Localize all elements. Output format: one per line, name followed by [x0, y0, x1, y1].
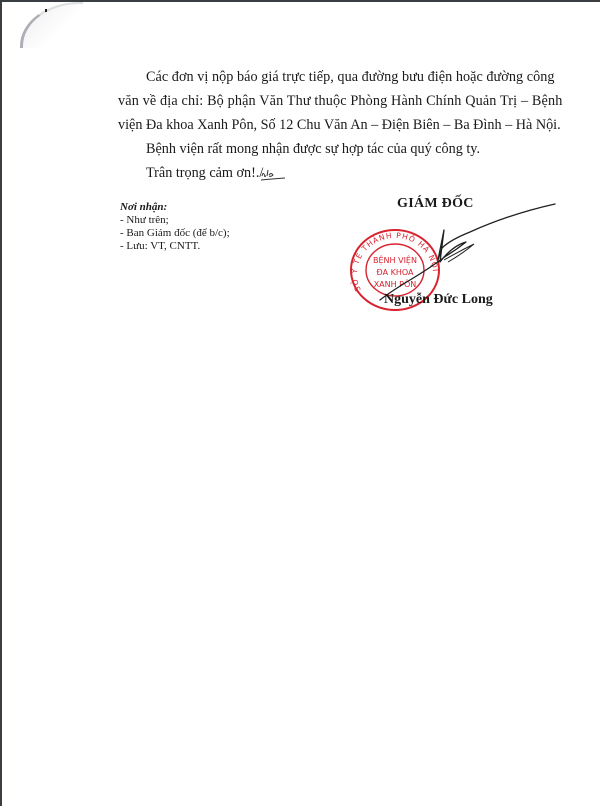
scan-speck [45, 9, 47, 12]
viewer-frame-top-border [0, 0, 600, 2]
recipients-list: Nơi nhận: - Như trên; - Ban Giám đốc (để… [120, 201, 230, 253]
body-paragraph-1-line-1: Các đơn vị nộp báo giá trực tiếp, qua đư… [146, 65, 555, 89]
body-paragraph-1-line-2: văn về địa chỉ: Bộ phận Văn Thư thuộc Ph… [118, 89, 562, 113]
closing-line: Trân trọng cảm ơn!./. [146, 161, 267, 185]
recipient-item: - Như trên; [120, 214, 230, 227]
recipient-item: - Lưu: VT, CNTT. [120, 240, 230, 253]
handwritten-initials-icon [259, 167, 287, 183]
signer-name: Nguyễn Đức Long [384, 292, 493, 308]
body-paragraph-2: Bệnh viện rất mong nhận được sự hợp tác … [146, 137, 480, 161]
page-curl-corner [20, 2, 83, 48]
viewer-frame-left-border [0, 0, 2, 806]
body-paragraph-1-line-3: viện Đa khoa Xanh Pôn, Số 12 Chu Văn An … [118, 113, 561, 137]
recipients-title: Nơi nhận: [120, 201, 230, 214]
recipient-item: - Ban Giám đốc (để b/c); [120, 227, 230, 240]
